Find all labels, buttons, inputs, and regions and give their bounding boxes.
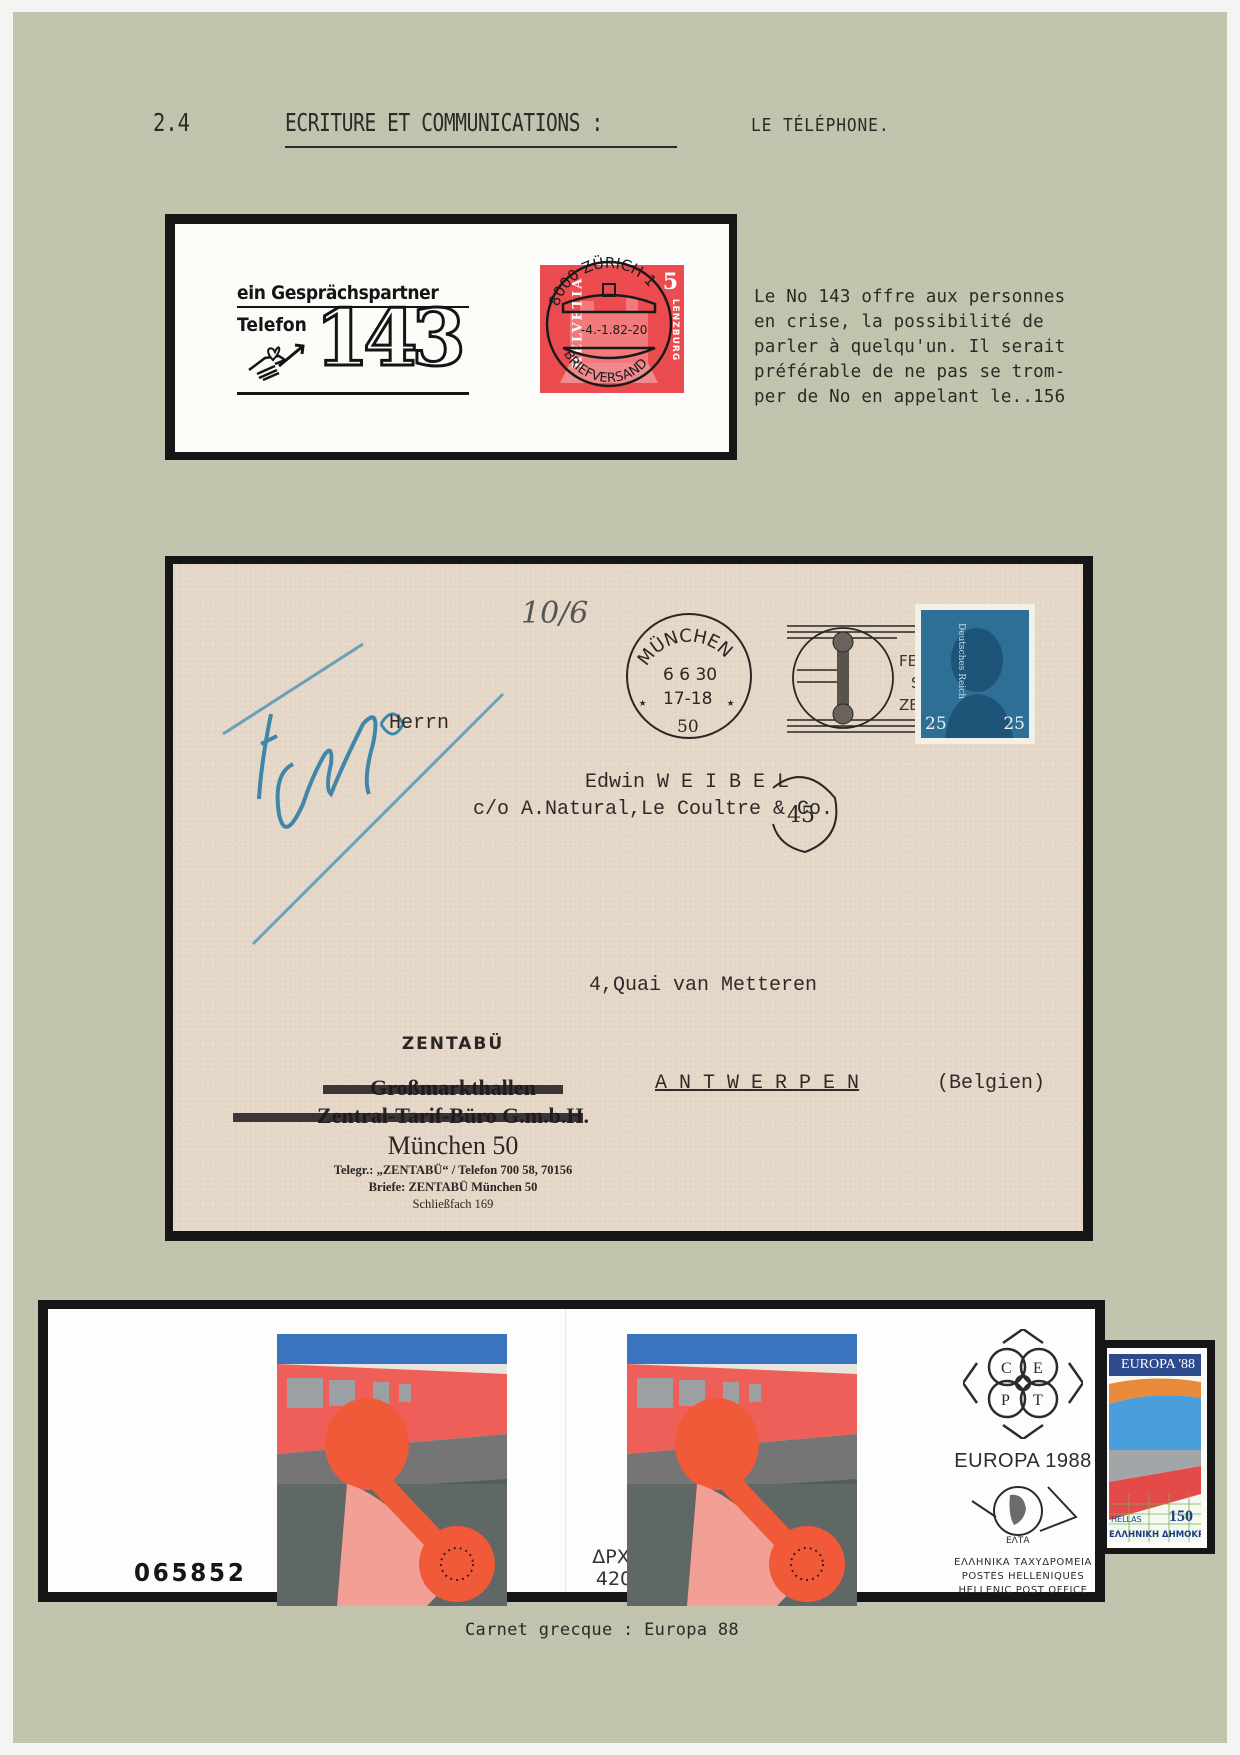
title-underline bbox=[285, 146, 677, 148]
blue-crayon-marks bbox=[213, 614, 513, 974]
sender-letters: Briefe: ZENTABÜ München 50 bbox=[233, 1179, 673, 1196]
post-line: POSTES HELLENIQUES bbox=[928, 1570, 1118, 1584]
slogan-bottom-rule bbox=[237, 392, 469, 395]
stamp-country: Deutsches Reich bbox=[956, 623, 966, 699]
slogan-cancel: ein Gesprächspartner Telefon 143 bbox=[237, 282, 469, 309]
svg-text:50: 50 bbox=[677, 717, 699, 737]
caption-line: per de No en appelant le..156 bbox=[754, 387, 1065, 407]
envelope: 10/6 MÜNCHEN 6 6 30 17-18 ★ ★ 50 bbox=[173, 564, 1083, 1231]
svg-text:-4.-1.82-20: -4.-1.82-20 bbox=[581, 323, 647, 337]
sender-po-box: Schließfach 169 bbox=[233, 1196, 673, 1213]
caption-143: Le No 143 offre aux personnes en crise, … bbox=[754, 285, 1114, 410]
svg-text:45: 45 bbox=[787, 803, 815, 828]
hand-heart-icon bbox=[245, 340, 309, 382]
mount-munich-envelope: 10/6 MÜNCHEN 6 6 30 17-18 ★ ★ 50 bbox=[165, 556, 1093, 1241]
cept-panel: C E P T EUROPA 1988 ΕΛΤΑ ΕΛΛΗΝΙΚΑ ΤΑΧΥΔΡ… bbox=[928, 1329, 1118, 1598]
sender-city: München 50 bbox=[233, 1130, 673, 1162]
elta-posthorn-logo-icon: ΕΛΤΑ bbox=[968, 1481, 1078, 1547]
address-city: A N T W E R P E N bbox=[655, 1072, 859, 1095]
stamp-deutsches-reich-25: Deutsches Reich 25 25 bbox=[915, 604, 1035, 744]
zentabu-logo: ZENTABÜ bbox=[233, 1034, 673, 1074]
booklet-caption: Carnet grecque : Europa 88 bbox=[465, 1620, 739, 1640]
address-country: (Belgien) bbox=[937, 1072, 1045, 1095]
svg-text:17-18: 17-18 bbox=[663, 689, 712, 709]
slogan-line2: Telefon bbox=[237, 314, 307, 336]
munich-postmark: MÜNCHEN 6 6 30 17-18 ★ ★ 50 bbox=[621, 606, 757, 742]
struck-line-2: Zentral-Tarif-Büro G.m.b.H. bbox=[233, 1102, 673, 1130]
svg-text:C: C bbox=[1001, 1360, 1012, 1377]
caption-line: en crise, la possibilité de bbox=[754, 312, 1044, 332]
caption-line: Le No 143 offre aux personnes bbox=[754, 287, 1065, 307]
cept-logo-icon: C E P T bbox=[963, 1329, 1083, 1439]
booklet-pane-illustration bbox=[277, 1334, 507, 1606]
booklet-fold bbox=[565, 1309, 566, 1592]
booklet-serial: 065852 bbox=[134, 1558, 247, 1587]
booklet: 065852 bbox=[48, 1309, 1095, 1592]
stamp-face: Deutsches Reich 25 25 bbox=[921, 610, 1029, 738]
cover-piece: ein Gesprächspartner Telefon 143 bbox=[175, 224, 729, 452]
svg-text:6 6 30: 6 6 30 bbox=[663, 665, 717, 685]
stamp-value: 150 bbox=[1169, 1508, 1193, 1526]
caption-line: préférable de ne pas se trom- bbox=[754, 362, 1065, 382]
section-number: 2.4 bbox=[153, 108, 190, 137]
slogan-number: 143 bbox=[315, 300, 460, 378]
stamp-country-latin: HELLAS bbox=[1111, 1515, 1142, 1524]
address-name: Edwin W E I B E L bbox=[585, 771, 789, 794]
stamp-face: EUROPA '88 HELLAS 150 ΕΛΛΗΝΙΚΗ ΔΗΜΟΚΡΑΤΙ… bbox=[1109, 1354, 1201, 1542]
stamp-perforation: EUROPA '88 HELLAS 150 ΕΛΛΗΝΙΚΗ ΔΗΜΟΚΡΑΤΙ… bbox=[1107, 1348, 1207, 1548]
svg-text:★: ★ bbox=[727, 696, 734, 710]
album-page: 2.4 ECRITURE ET COMMUNICATIONS : LE TÉLÉ… bbox=[13, 12, 1227, 1743]
pencil-note: 10/6 bbox=[521, 596, 588, 631]
hellenic-post-lines: ΕΛΛΗΝΙΚΑ ΤΑΧΥΔΡΟΜΕΙΑ POSTES HELLENIQUES … bbox=[928, 1556, 1118, 1598]
sender-letterhead: ZENTABÜ Großmarkthallen Zentral-Tarif-Bü… bbox=[233, 1034, 673, 1213]
sender-telegram: Telegr.: „ZENTABÜ“ / Telefon 700 58, 701… bbox=[233, 1162, 673, 1179]
mount-greek-booklet: 065852 bbox=[38, 1300, 1105, 1602]
svg-text:★: ★ bbox=[639, 696, 646, 710]
zurich-cancel-postmark: 8000 ZÜRICH 1 -4.-1.82-20 BRIEFVERSAND bbox=[535, 240, 685, 400]
booklet-pane-illustration bbox=[627, 1334, 857, 1606]
section-title: ECRITURE ET COMMUNICATIONS : bbox=[285, 108, 603, 137]
svg-text:ΕΛΤΑ: ΕΛΤΑ bbox=[1006, 1536, 1030, 1546]
stamp-europa-88-greece-150: EUROPA '88 HELLAS 150 ΕΛΛΗΝΙΚΗ ΔΗΜΟΚΡΑΤΙ… bbox=[1103, 1340, 1215, 1554]
stamp-title: EUROPA '88 bbox=[1109, 1354, 1201, 1376]
europa-1988-label: EUROPA 1988 bbox=[928, 1450, 1118, 1473]
svg-text:E: E bbox=[1033, 1360, 1043, 1377]
caption-line: parler à quelqu'un. Il serait bbox=[754, 337, 1065, 357]
transit-mark: 45 bbox=[765, 768, 841, 856]
section-subtitle: LE TÉLÉPHONE. bbox=[751, 115, 890, 136]
struck-line-1: Großmarkthallen bbox=[233, 1074, 673, 1102]
mount-swiss-cover-piece: ein Gesprächspartner Telefon 143 bbox=[165, 214, 737, 460]
svg-text:P: P bbox=[1001, 1392, 1010, 1409]
strike-bar bbox=[323, 1085, 563, 1094]
stamp-value-right: 25 bbox=[1003, 714, 1025, 734]
post-line: ΕΛΛΗΝΙΚΑ ΤΑΧΥΔΡΟΜΕΙΑ bbox=[928, 1556, 1118, 1570]
telephone-train-illustration bbox=[627, 1334, 857, 1606]
svg-text:T: T bbox=[1033, 1392, 1043, 1409]
stamp-value-left: 25 bbox=[925, 714, 947, 734]
strike-bar bbox=[233, 1113, 583, 1122]
stamp-country-greek: ΕΛΛΗΝΙΚΗ ΔΗΜΟΚΡΑΤΙΑ bbox=[1109, 1530, 1201, 1540]
address-salutation: Herrn bbox=[389, 712, 449, 735]
telephone-train-illustration bbox=[277, 1334, 507, 1606]
post-line: HELLENIC POST OFFICE bbox=[928, 1584, 1118, 1598]
address-street: 4,Quai van Metteren bbox=[589, 974, 817, 997]
svg-text:MÜNCHEN: MÜNCHEN bbox=[634, 625, 737, 669]
